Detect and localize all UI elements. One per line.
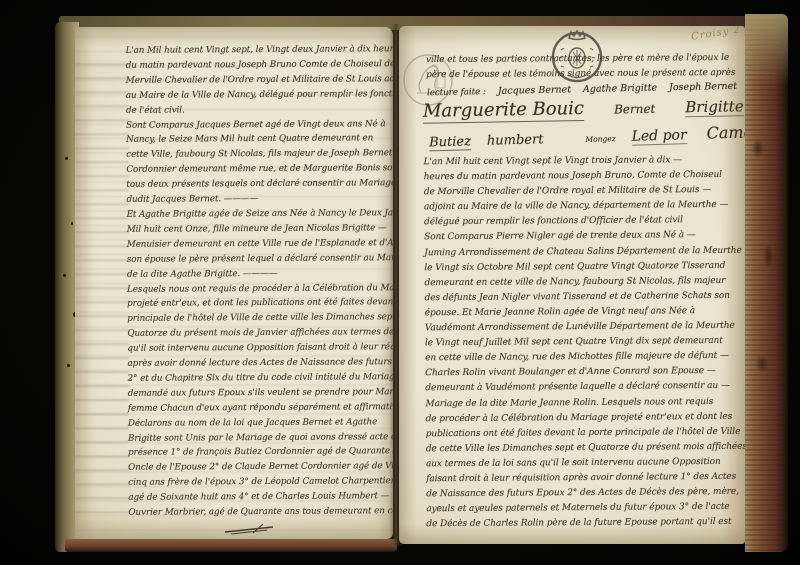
bottom-page-stack-edge xyxy=(65,539,397,552)
manuscript-line: qu'il soit intervenu aucune Opposition f… xyxy=(127,340,391,357)
manuscript-text-right: L'an Mil huit cent Vingt sept le Vingt t… xyxy=(424,153,745,533)
manuscript-line: de Décès de Charles Rolin père de la fut… xyxy=(426,515,744,533)
wormhole-speck xyxy=(65,157,68,160)
wormhole-speck xyxy=(71,222,73,225)
signature: Brigitte xyxy=(685,97,744,117)
manuscript-line: après avoir donné lecture des Actes de N… xyxy=(127,355,391,372)
signature: Marguerite Bouic xyxy=(423,98,584,124)
signature: Mongez xyxy=(585,134,615,144)
manuscript-line: L'an Mil huit cent Vingt sept, le Vingt … xyxy=(126,42,390,59)
manuscript-line: de l'état civil. xyxy=(126,102,390,119)
manuscript-line: Mil huit cent Onze, fille mineure de Jea… xyxy=(127,221,391,238)
manuscript-line: Merville Chevalier de l'Ordre royal et M… xyxy=(126,72,390,89)
signatures-block: lecture faite :Jacques BernetAgathe Brig… xyxy=(423,84,743,147)
manuscript-line: dudit Jacques Bernet. ———— xyxy=(126,191,390,208)
wormhole-speck xyxy=(63,274,66,277)
manuscript-line: Déclarons au nom de la loi que Jacques B… xyxy=(128,415,392,432)
closing-flourish-mark xyxy=(223,523,275,535)
right-page: Croisy 2 ville et tous les parties contr… xyxy=(399,26,745,544)
signature: Led por xyxy=(631,127,687,146)
manuscript-line: cinq ans frère de l'époux 3° de Léopold … xyxy=(128,474,392,491)
folio-annotation: Croisy 2 xyxy=(690,26,741,43)
manuscript-text-left: L'an Mil huit cent Vingt sept, le Vingt … xyxy=(126,42,393,521)
signature: Bernet xyxy=(614,102,656,117)
manuscript-line: au Maire de la Ville de Nancy, délégué p… xyxy=(126,87,390,104)
manuscript-line: Cordonnier demeurant même rue, et de Mar… xyxy=(126,161,390,178)
photo-background: L'an Mil huit cent Vingt sept, le Vingt … xyxy=(0,0,800,565)
fore-edge-page-stack xyxy=(745,14,788,552)
register-book: L'an Mil huit cent Vingt sept, le Vingt … xyxy=(55,12,788,555)
signature: Butiez xyxy=(429,134,471,151)
manuscript-line: des défunts Jean Nigler vivant Tisserand… xyxy=(425,289,743,307)
manuscript-line: présence 1° de françois Butiez Cordonnie… xyxy=(128,445,392,462)
manuscript-line: agé de Soixante huit ans 4° et de Charle… xyxy=(128,489,392,506)
signature: Camelet xyxy=(706,122,745,143)
signature: humbert xyxy=(487,132,544,149)
signature: Joseph Bernet xyxy=(669,81,737,93)
manuscript-line: Oncle de l'Epouse 2° de Claude Bernet Co… xyxy=(128,460,392,477)
manuscript-line: adjoint au Maire de la ville de Nancy, d… xyxy=(424,198,742,216)
manuscript-line: demeurant à Vaudémont présente laquelle … xyxy=(425,379,743,397)
manuscript-line: principale de l'hôtel de Ville de cette … xyxy=(127,311,391,328)
manuscript-line: demandé aux futurs Epoux s'ils veulent s… xyxy=(128,385,392,402)
left-page: L'an Mil huit cent Vingt sept, le Vingt … xyxy=(75,27,393,539)
manuscript-line: Sont Comparus Jacques Bernet agé de Ving… xyxy=(126,117,390,134)
manuscript-line: Et Agathe Brigitte agée de Seize ans Née… xyxy=(127,206,391,223)
signature-row: Marguerite BouicBernetBrigitte xyxy=(423,95,743,124)
manuscript-line: Quatorze du présent mois de Janvier affi… xyxy=(127,325,391,342)
manuscript-line: Nancy, le Seize Mars Mil huit cent Quatr… xyxy=(126,132,390,149)
manuscript-line: tous deux présents lesquels ont déclaré … xyxy=(126,176,390,193)
manuscript-text-right-continuation: ville et tous les parties contractantes,… xyxy=(426,51,743,82)
manuscript-line: son épouse le père présent lequel a décl… xyxy=(127,251,391,268)
signature: lecture faite : xyxy=(427,87,486,98)
manuscript-line: ville et tous les parties contractantes,… xyxy=(426,51,743,68)
signature: Agathe Brigitte xyxy=(583,82,657,95)
wormhole-speck xyxy=(67,364,70,367)
manuscript-line: père de l'épouse et les témoins signé av… xyxy=(426,65,743,82)
manuscript-line: Brigitte sont Unis par le Mariage de quo… xyxy=(128,430,392,447)
signature-row: ButiezhumbertMongezLed porCamelet xyxy=(429,123,743,152)
manuscript-line: Lesquels nous ont requis de procéder à l… xyxy=(127,281,391,298)
manuscript-line: de la dite Agathe Brigitte. ———— xyxy=(127,266,391,283)
manuscript-line: Ouvrier Marbrier, agé de Quarante ans to… xyxy=(128,504,392,521)
manuscript-line: femme Chacun d'eux ayant répondu séparém… xyxy=(128,400,392,417)
manuscript-line: Menuisier demeurant en cette Ville rue d… xyxy=(127,236,391,253)
margin-bleedthrough-overlay xyxy=(75,55,129,521)
manuscript-line: 2° et du Chapitre Six du titre du code c… xyxy=(128,370,392,387)
manuscript-line: cette Ville, faubourg St Nicolas, fils m… xyxy=(126,147,390,164)
manuscript-line: projeté entr'eux, et dont les publicatio… xyxy=(127,296,391,313)
signature: Jacques Bernet xyxy=(498,84,571,97)
manuscript-line: du matin pardevant nous Joseph Bruno Com… xyxy=(126,57,390,74)
